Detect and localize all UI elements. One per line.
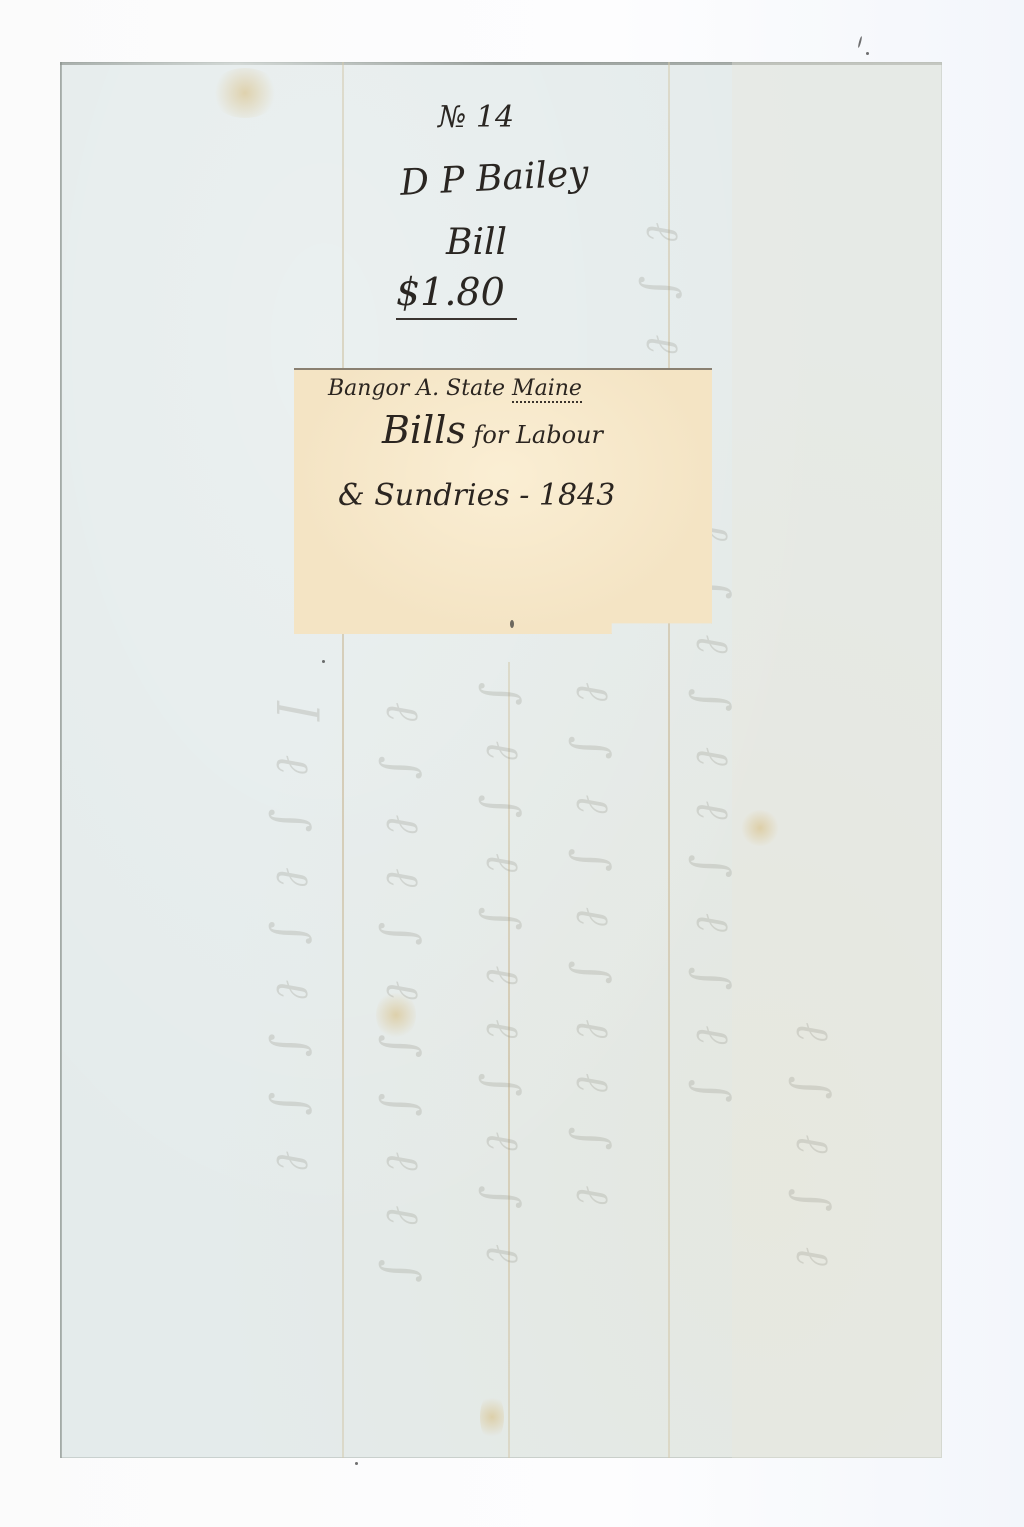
label-title-suffix: for Labour (466, 421, 603, 449)
label-location: Bangor A. State Maine (328, 376, 582, 401)
docket-amount: $1.80 (396, 270, 517, 320)
fold-line (508, 662, 510, 1458)
foxing-stain (740, 810, 780, 846)
bleed-through-writing: ℓ ∫ ℓ ∫ ℓ ∫ ℓ ℓ ∫ ℓ (566, 682, 620, 1214)
docket-type: Bill (446, 222, 507, 263)
fold-line (342, 62, 344, 1458)
ink-speck (866, 52, 869, 55)
foxing-stain (480, 1392, 504, 1442)
label-title-main: Bills (382, 408, 466, 452)
foxing-stain (210, 68, 280, 118)
foxing-stain (376, 990, 416, 1040)
ink-speck (322, 660, 325, 663)
bleed-through-writing: ∫ ℓ ∫ ℓ ∫ ℓ ℓ ∫ ℓ ∫ ℓ (476, 682, 530, 1273)
label-state: Maine (512, 376, 582, 403)
ink-speck (510, 620, 514, 628)
label-location-prefix: Bangor A. State (328, 376, 512, 401)
ink-speck (355, 1462, 358, 1465)
label-title: Bills for Labour (382, 408, 603, 452)
docket-number: № 14 (438, 100, 514, 135)
pasted-label: Bangor A. State Maine Bills for Labour &… (294, 368, 712, 634)
paper-right-panel (732, 62, 942, 1458)
bleed-through-writing: ꟾ ℓ ∫ ℓ ∫ ℓ ∫ ∫ ℓ (266, 702, 320, 1180)
label-subtitle: & Sundries - 1843 (338, 478, 615, 513)
fold-line (668, 62, 670, 1458)
